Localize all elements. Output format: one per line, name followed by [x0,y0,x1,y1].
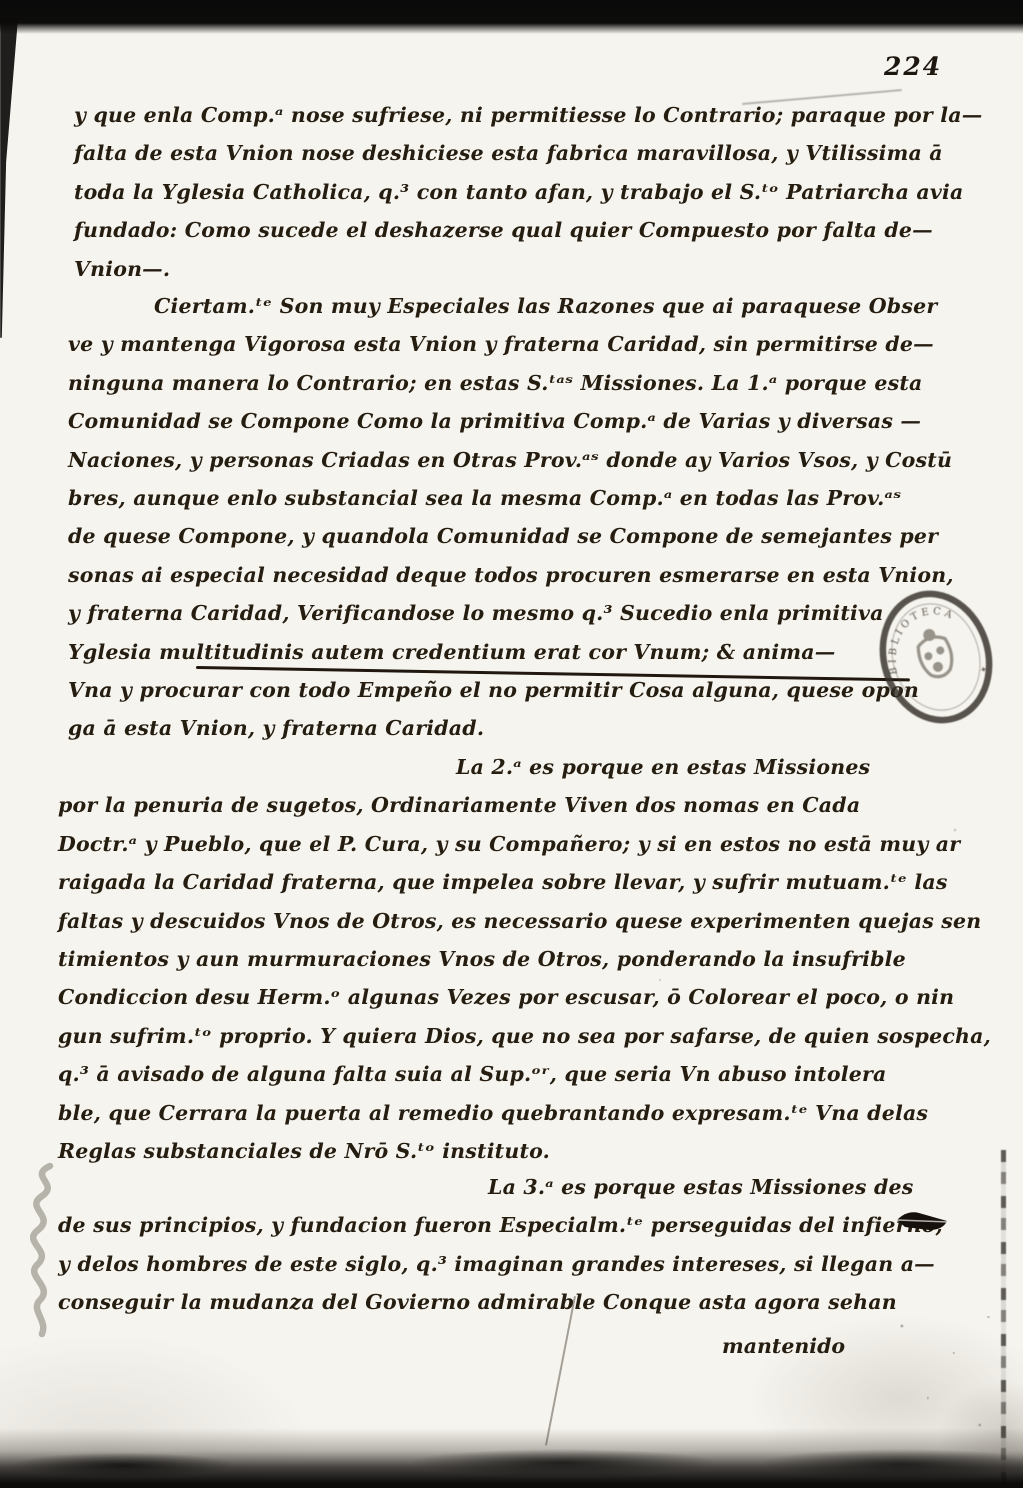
manuscript-line: de sus principios, y fundacion fueron Es… [58,1206,943,1244]
manuscript-line: gun sufrim.ᵗᵒ proprio. Y quiera Dios, qu… [58,1017,991,1055]
manuscript-line: Reglas substanciales de Nrō S.ᵗᵒ institu… [58,1132,991,1170]
manuscript-line: La 2.ᵃ es porque en estas Missiones [58,748,991,786]
manuscript-line: conseguir la mudanza del Govierno admira… [58,1283,943,1321]
manuscript-line: fundado: Como sucede el deshazerse qual … [74,211,982,249]
manuscript-line: Doctr.ᵃ y Pueblo, que el P. Cura, y su C… [58,825,991,863]
latin-prefix: Yglesia [68,640,159,664]
manuscript-line: Vnion—. [74,250,982,288]
scan-edge-bottom [0,1428,1023,1488]
manuscript-line: q.³ ā avisado de alguna falta suia al Su… [58,1055,991,1093]
manuscript-line: ve y mantenga Vigorosa esta Vnion y frat… [68,325,954,363]
manuscript-line: y fraterna Caridad, Verificandose lo mes… [68,594,954,632]
paragraph-4: La 3.ᵃ es porque estas Missiones des de … [58,1168,943,1322]
manuscript-line: Comunidad se Compone Como la primitiva C… [68,402,954,440]
manuscript-line: y que enla Comp.ᵃ nose sufriese, ni perm… [74,96,982,134]
library-stamp-icon: BIBLIOTECA ✦ ✦ [874,582,998,732]
manuscript-line: ga ā esta Vnion, y fraterna Caridad. [68,709,954,747]
margin-squiggle-mark [8,1158,78,1348]
manuscript-line: faltas y descuidos Vnos de Otros, es nec… [58,902,991,940]
manuscript-line: toda la Yglesia Catholica, q.³ con tanto… [74,173,982,211]
manuscript-line: Ciertam.ᵗᵉ Son muy Especiales las Razone… [68,287,954,325]
manuscript-line: raigada la Caridad fraterna, que impelea… [58,863,991,901]
latin-underlined-text: multitudinis autem credentium erat cor V… [159,640,835,664]
ink-flourish-mark [893,1204,959,1238]
paragraph-1: y que enla Comp.ᵃ nose sufriese, ni perm… [74,96,982,288]
manuscript-line: bres, aunque enlo substancial sea la mes… [68,479,954,517]
page-number: 224 [884,52,942,81]
manuscript-line: falta de esta Vnion nose deshiciese esta… [74,134,982,172]
manuscript-line: Naciones, y personas Criadas en Otras Pr… [68,441,954,479]
manuscript-line: Condiccion desu Herm.ᵒ algunas Vezes por… [58,978,991,1016]
manuscript-line: de quese Compone, y quandola Comunidad s… [68,517,954,555]
manuscript-line: sonas ai especial necesidad deque todos … [68,556,954,594]
manuscript-line: timientos y aun murmuraciones Vnos de Ot… [58,940,991,978]
manuscript-line: y delos hombres de este siglo, q.³ imagi… [58,1245,943,1283]
manuscript-page: 224 y que enla Comp.ᵃ nose sufriese, ni … [0,0,1023,1488]
manuscript-line: por la penuria de sugetos, Ordinariament… [58,786,991,824]
catchword: mantenido [722,1334,845,1358]
stamp-ornament-left: ✦ [895,686,906,698]
stamp-crest-icon [912,625,957,681]
manuscript-line: ninguna manera lo Contrario; en estas S.… [68,364,954,402]
paragraph-3: La 2.ᵃ es porque en estas Missiones por … [58,748,991,1170]
manuscript-line: ble, que Cerrara la puerta al remedio qu… [58,1094,991,1132]
manuscript-line: La 3.ᵃ es porque estas Missiones des [58,1168,943,1206]
scan-edge-top [0,0,1023,34]
scan-edge-left [0,18,18,338]
